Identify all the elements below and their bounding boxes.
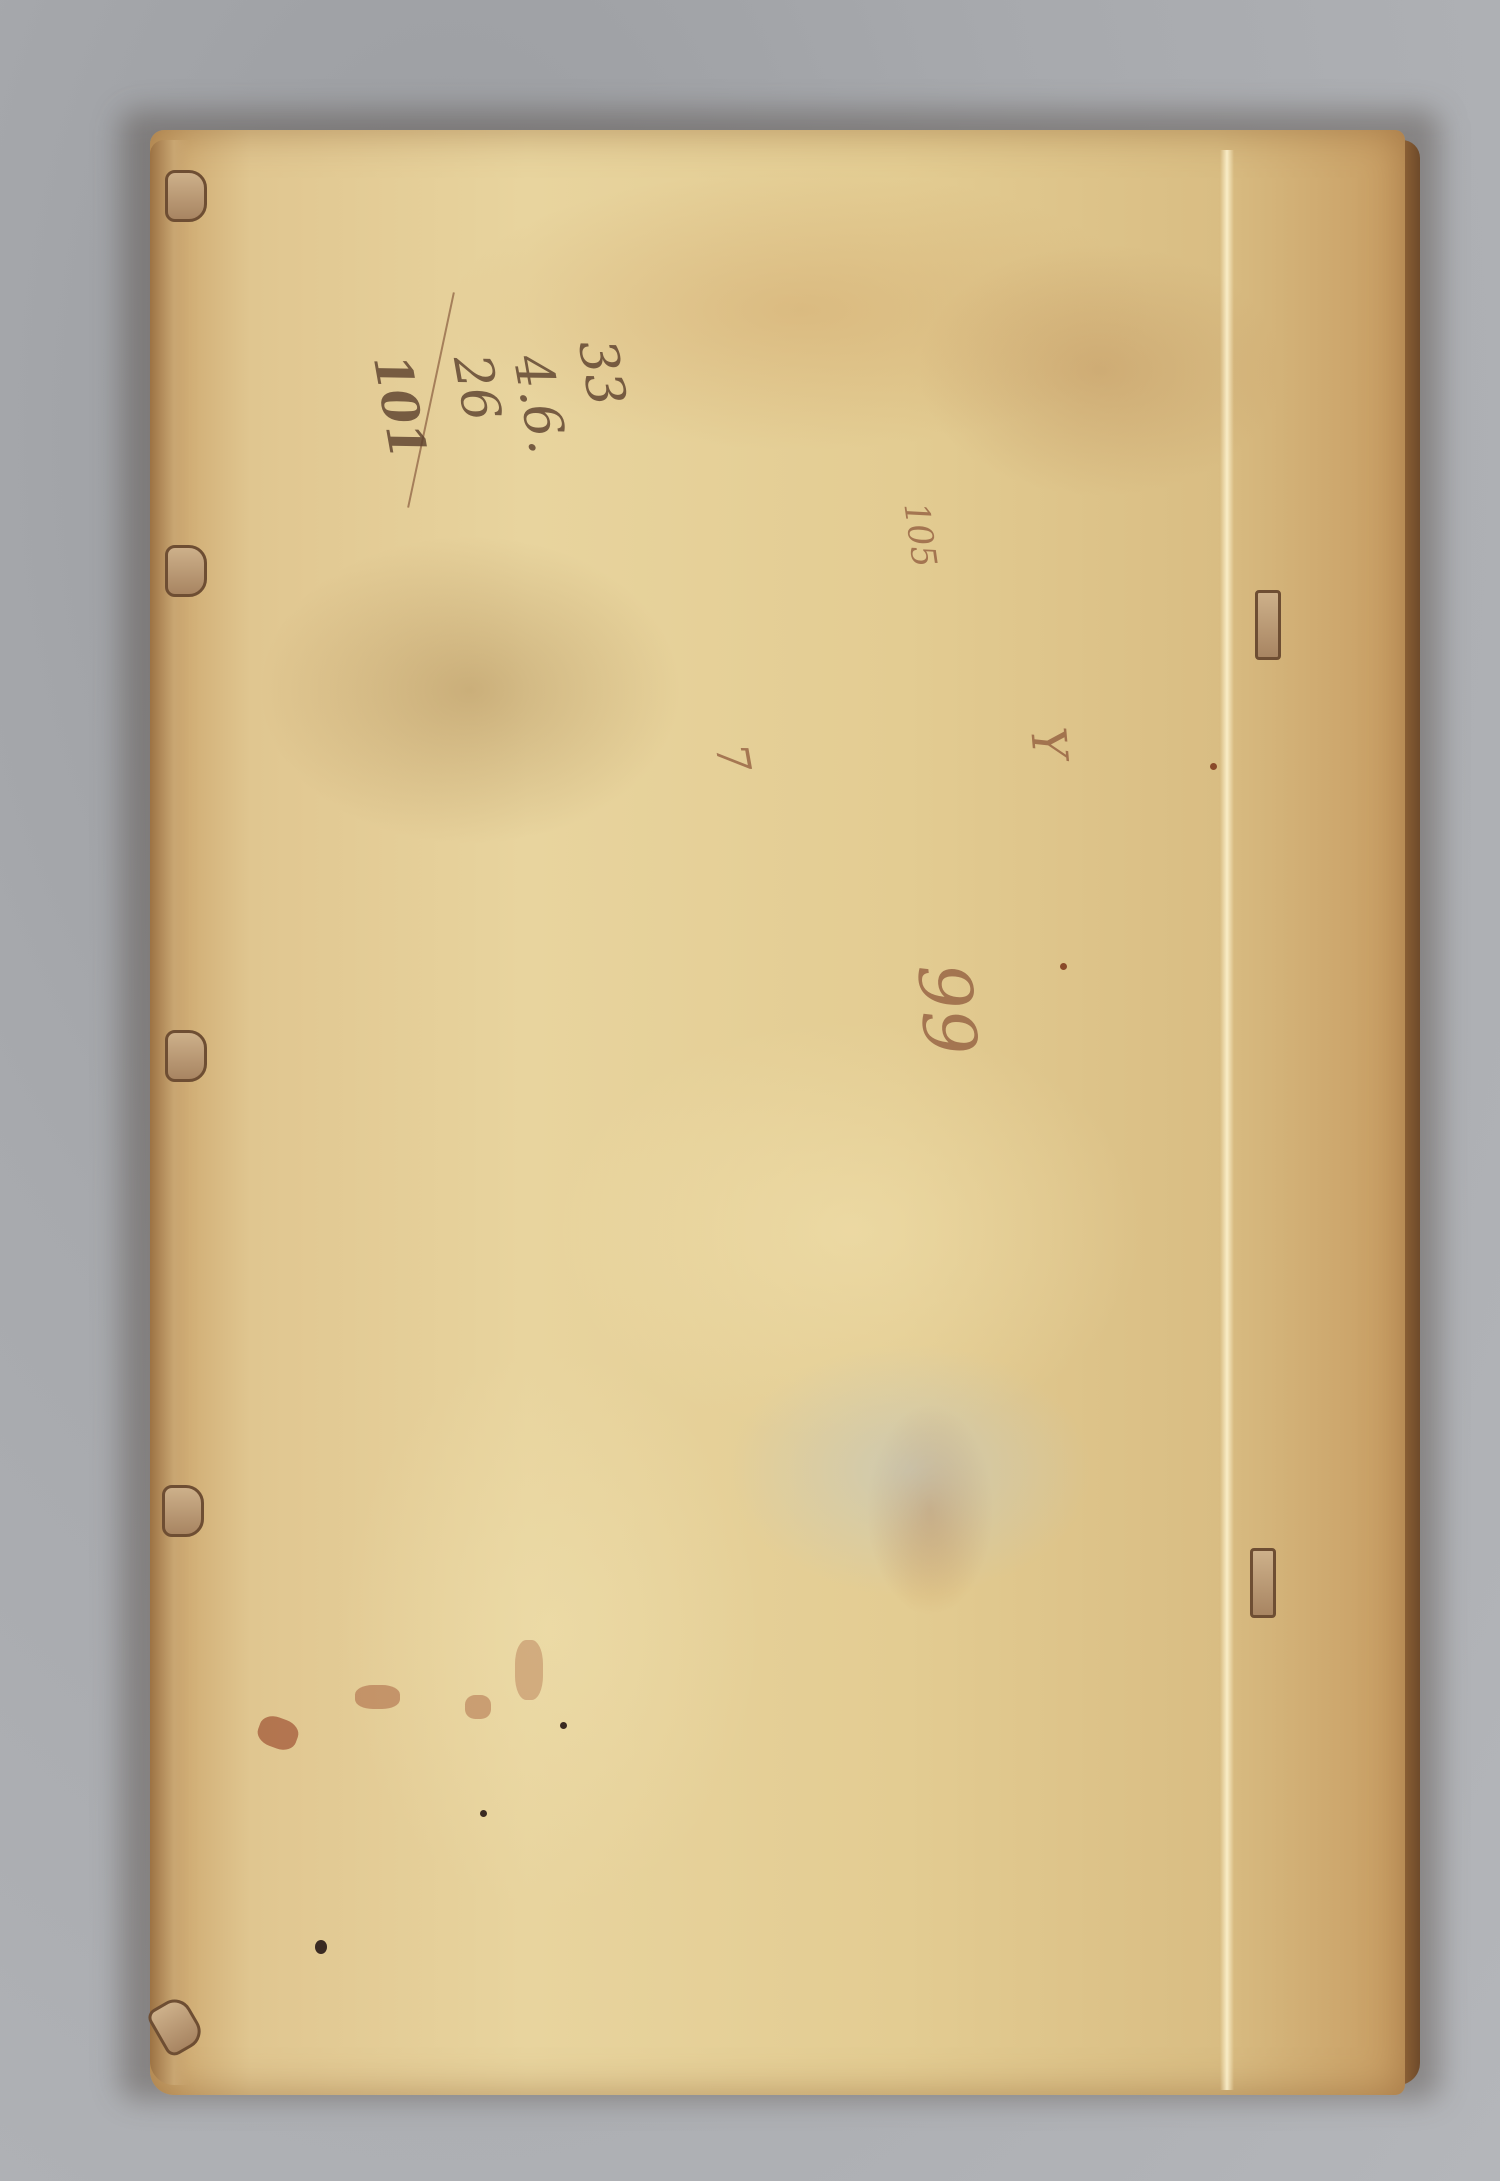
mark-y: Y <box>1019 725 1078 761</box>
tie-slot-icon <box>1255 590 1281 660</box>
ink-speck <box>1060 963 1067 970</box>
stain <box>515 1640 543 1700</box>
spine-left-fold <box>150 140 190 2085</box>
stain <box>355 1685 400 1709</box>
ink-speck <box>480 1810 487 1817</box>
vellum-cover <box>150 130 1405 2095</box>
stain <box>465 1695 491 1719</box>
mark-99: 99 <box>901 960 993 1059</box>
tie-slot-icon <box>162 1485 204 1537</box>
ink-speck <box>560 1722 567 1729</box>
tie-slot-icon <box>1250 1548 1276 1618</box>
tie-slot-icon <box>165 1030 207 1082</box>
tie-slot-icon <box>165 170 207 222</box>
ink-speck <box>315 1940 327 1954</box>
shelfmark-line-1: 33 <box>566 335 637 411</box>
cover-fold-highlight <box>1220 150 1234 2090</box>
shelfmark-line-3: 26 <box>441 350 512 426</box>
tie-slot-icon <box>165 545 207 597</box>
ink-speck <box>1210 763 1217 770</box>
